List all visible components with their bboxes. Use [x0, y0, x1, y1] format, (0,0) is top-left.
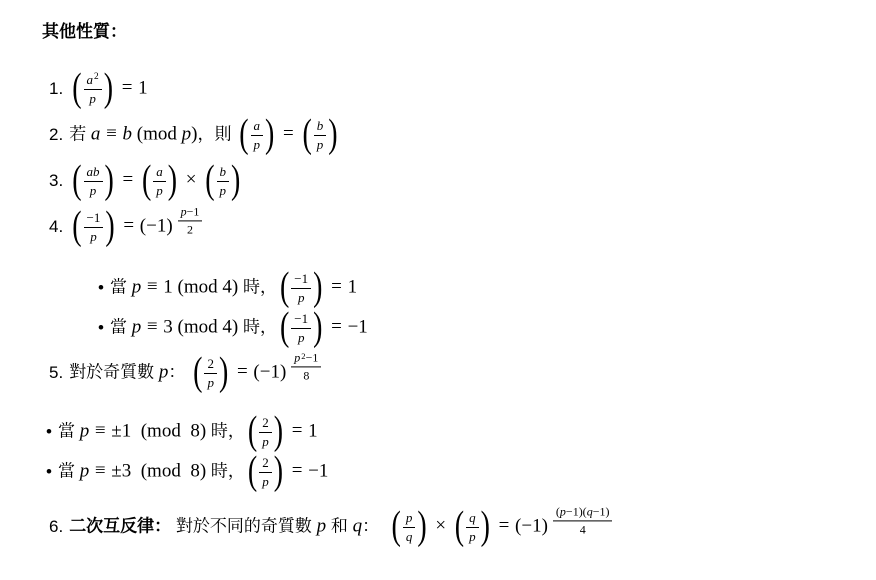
left-paren-icon: ( — [279, 266, 290, 310]
math-roman: 1 — [348, 276, 358, 297]
superscript: (p−1)(q−1)4 — [550, 505, 616, 537]
math-roman: −1 — [306, 351, 319, 365]
math-text: 對於不同的奇質數 — [171, 516, 316, 535]
fraction-stack: −1p — [291, 271, 311, 305]
math-roman: 2 — [187, 222, 193, 236]
document-page: 其他性質： 1. (a2p)=1 2. 若 a≡b (mod p)，則 (ap)… — [0, 0, 876, 580]
fraction-stack: p2−18 — [291, 351, 321, 383]
math-variable: p — [80, 420, 90, 441]
math-roman: 4 — [580, 522, 586, 536]
math-variable: b — [220, 164, 227, 179]
left-paren-icon: ( — [204, 159, 215, 203]
math-roman: −1) — [593, 505, 610, 519]
left-paren-icon: ( — [301, 113, 312, 157]
right-paren-icon: ) — [416, 505, 427, 549]
math-variable: p — [207, 375, 214, 390]
fraction: (p−1)(q−1)4 — [552, 505, 614, 537]
math-roman: (mod — [132, 123, 182, 144]
math-operator: = — [123, 169, 134, 190]
math-text: 對於奇質數 — [69, 362, 159, 381]
math-variable: p — [262, 434, 269, 449]
right-paren-icon: ) — [230, 159, 241, 203]
right-paren-icon: ) — [312, 266, 323, 310]
math-text: ，則 — [197, 124, 236, 143]
math-text: ： — [168, 362, 190, 381]
formula-mod8-case1: 當 p≡±1 (mod 8) 時，(2p)=1 — [58, 415, 318, 449]
math-operator: ≡ — [147, 276, 158, 297]
math-roman: 1 — [163, 276, 173, 297]
fraction-numerator: b — [217, 164, 230, 182]
right-paren-icon: ) — [104, 205, 115, 249]
math-variable: q — [469, 510, 476, 525]
fraction: p2−18 — [290, 351, 322, 383]
math-text: 時， — [211, 421, 245, 440]
right-paren-icon: ) — [218, 351, 229, 395]
math-roman: −1)( — [566, 505, 587, 519]
math-variable: p — [132, 276, 142, 297]
fraction-numerator: b — [314, 118, 327, 136]
right-paren-icon: ) — [103, 67, 114, 111]
math-roman: 2 — [301, 351, 305, 361]
fraction: p−12 — [177, 205, 204, 237]
fraction-denominator: p — [262, 433, 269, 450]
fraction-numerator: p2−1 — [291, 351, 321, 367]
math-operator: × — [186, 169, 197, 190]
superscript: p2−18 — [288, 351, 324, 383]
left-paren-icon: ( — [141, 159, 152, 203]
fraction-stack: ap — [153, 164, 166, 198]
fraction-denominator: p — [207, 374, 214, 391]
legendre-symbol: (bp) — [204, 164, 241, 198]
fraction-stack: qp — [466, 510, 479, 544]
bullet-icon: • — [46, 422, 52, 442]
fraction-numerator: ab — [84, 164, 103, 182]
page-title: 其他性質： — [42, 22, 860, 42]
math-roman: 8 — [303, 368, 309, 382]
left-paren-icon: ( — [71, 67, 82, 111]
fraction-stack: 2p — [259, 415, 272, 449]
math-variable: ab — [87, 164, 100, 179]
fraction-stack: 2p — [259, 455, 272, 489]
math-variable: a — [254, 118, 261, 133]
math-variable: p — [469, 529, 476, 544]
formula-minus-one-rule: (−1p)=(−1)p−12 — [69, 210, 205, 244]
math-variable: b — [123, 123, 133, 144]
superscript: 2 — [94, 73, 99, 84]
math-variable: p — [294, 351, 300, 365]
formula-legendre-square: (a2p)=1 — [69, 72, 147, 106]
math-roman: (mod 8) — [131, 420, 211, 441]
math-roman: 2 — [262, 415, 269, 430]
list-marker: 4. — [49, 217, 63, 237]
fraction-denominator: 2 — [187, 221, 193, 236]
math-variable: p — [317, 515, 327, 536]
formula-mod4-case1: 當 p≡1 (mod 4) 時，(−1p)=1 — [110, 271, 357, 305]
math-variable: p — [298, 290, 305, 305]
math-variable: b — [317, 118, 324, 133]
right-paren-icon: ) — [104, 159, 115, 203]
left-paren-icon: ( — [71, 205, 82, 249]
legendre-symbol: (2p) — [247, 415, 284, 449]
math-operator: ≡ — [147, 316, 158, 337]
math-operator: = — [292, 460, 303, 481]
math-text: 當 — [58, 421, 80, 440]
fraction-stack: 2p — [204, 356, 217, 390]
math-text: 時， — [243, 277, 277, 296]
bullet-item-mod8-1: • 當 p≡±1 (mod 8) 時，(2p)=1 — [42, 412, 860, 452]
math-variable: a — [156, 164, 163, 179]
fraction-denominator: p — [254, 136, 261, 153]
fraction-numerator: p — [403, 510, 416, 528]
list-marker: 3. — [49, 171, 63, 191]
list-item-5: 5. 對於奇質數 p： (2p)=(−1)p2−18 — [42, 350, 860, 396]
fraction-numerator: a — [251, 118, 264, 136]
math-text: ： — [362, 516, 388, 535]
fraction-numerator: 2 — [259, 455, 272, 473]
math-operator: = — [499, 515, 510, 536]
math-text: 當 — [110, 277, 132, 296]
legendre-symbol: (−1p) — [279, 271, 324, 305]
legendre-symbol: (a2p) — [71, 72, 114, 106]
math-operator: = — [123, 215, 134, 236]
math-roman: 3 — [163, 316, 173, 337]
legendre-symbol: (−1p) — [279, 311, 324, 345]
fraction-stack: a2p — [84, 72, 102, 106]
fraction-stack: (p−1)(q−1)4 — [553, 505, 613, 537]
legendre-symbol: (abp) — [71, 164, 115, 198]
math-variable: p — [298, 330, 305, 345]
math-roman: ±1 — [111, 420, 131, 441]
math-operator: = — [331, 316, 342, 337]
math-variable: q — [406, 529, 413, 544]
left-paren-icon: ( — [247, 410, 258, 454]
fraction-denominator: p — [156, 182, 163, 199]
fraction-denominator: p — [262, 473, 269, 490]
bullet-icon: • — [98, 318, 104, 338]
math-variable: p — [262, 474, 269, 489]
fraction-denominator: 4 — [580, 521, 586, 536]
math-variable: p — [182, 123, 192, 144]
right-paren-icon: ) — [273, 410, 284, 454]
math-variable: p — [89, 91, 96, 106]
formula-congruence-rule: 若 a≡b (mod p)，則 (ap)=(bp) — [69, 118, 340, 152]
math-operator: × — [435, 515, 446, 536]
fraction-numerator: a2 — [84, 72, 102, 90]
superscript: p−12 — [175, 205, 206, 237]
left-paren-icon: ( — [71, 159, 82, 203]
formula-mod8-case3: 當 p≡±3 (mod 8) 時，(2p)=−1 — [58, 455, 328, 489]
math-roman: −1 — [308, 460, 328, 481]
math-operator: = — [237, 361, 248, 382]
list-marker: 5. — [49, 363, 63, 383]
list-item-4: 4. (−1p)=(−1)p−12 — [42, 204, 860, 250]
legendre-symbol: (bp) — [301, 118, 338, 152]
formula-two-rule: 對於奇質數 p： (2p)=(−1)p2−18 — [69, 356, 324, 390]
fraction-numerator: −1 — [291, 311, 311, 329]
fraction-numerator: 2 — [259, 415, 272, 433]
math-variable: a — [91, 123, 101, 144]
left-paren-icon: ( — [192, 351, 203, 395]
math-operator: = — [122, 77, 133, 98]
bullet-icon: • — [98, 278, 104, 298]
math-operator: = — [283, 123, 294, 144]
fraction-numerator: 2 — [204, 356, 217, 374]
legendre-symbol: (pq) — [391, 510, 428, 544]
fraction-denominator: 8 — [303, 367, 309, 382]
math-variable: a — [87, 72, 94, 87]
bullet-item-mod8-3: • 當 p≡±3 (mod 8) 時，(2p)=−1 — [42, 452, 860, 492]
fraction-numerator: p−1 — [178, 205, 203, 221]
fraction-denominator: q — [406, 528, 413, 545]
math-variable: p — [254, 137, 261, 152]
math-roman: −1 — [187, 205, 200, 219]
bullet-icon: • — [46, 462, 52, 482]
fraction-stack: abp — [84, 164, 103, 198]
math-variable: p — [132, 316, 142, 337]
formula-quadratic-reciprocity: 二次互反律： 對於不同的奇質數 p 和 q： (pq)×(qp)=(−1)(p−… — [69, 510, 615, 544]
math-roman: 2 — [207, 356, 214, 371]
fraction-stack: p−12 — [178, 205, 203, 237]
math-roman: ±3 — [111, 460, 131, 481]
left-paren-icon: ( — [279, 306, 290, 350]
math-text: 當 — [110, 317, 132, 336]
math-variable: p — [159, 361, 169, 382]
right-paren-icon: ) — [264, 113, 275, 157]
superscript: 2 — [301, 351, 305, 361]
list-item-6: 6. 二次互反律： 對於不同的奇質數 p 和 q： (pq)×(qp)=(−1)… — [42, 502, 860, 552]
list-marker: 1. — [49, 79, 63, 99]
list-item-2: 2. 若 a≡b (mod p)，則 (ap)=(bp) — [42, 112, 860, 158]
math-text: 當 — [58, 461, 80, 480]
fraction-stack: −1p — [291, 311, 311, 345]
list-marker: 2. — [49, 125, 63, 145]
right-paren-icon: ) — [312, 306, 323, 350]
left-paren-icon: ( — [238, 113, 249, 157]
right-paren-icon: ) — [273, 450, 284, 494]
math-roman: (mod 4) — [173, 316, 243, 337]
right-paren-icon: ) — [167, 159, 178, 203]
fraction-denominator: p — [298, 289, 305, 306]
math-variable: q — [353, 515, 363, 536]
legendre-symbol: (qp) — [454, 510, 491, 544]
fraction-denominator: p — [89, 90, 96, 107]
math-roman: (−1) — [515, 515, 548, 536]
fraction-denominator: p — [90, 228, 97, 245]
math-text: 時， — [211, 461, 245, 480]
left-paren-icon: ( — [454, 505, 465, 549]
math-roman: (−1) — [140, 215, 173, 236]
bullet-item-mod4-3: • 當 p≡3 (mod 4) 時，(−1p)=−1 — [42, 308, 860, 348]
formula-mod4-case3: 當 p≡3 (mod 4) 時，(−1p)=−1 — [110, 311, 368, 345]
math-roman: (mod 8) — [131, 460, 211, 481]
math-roman: −1 — [348, 316, 368, 337]
legendre-symbol: (2p) — [192, 356, 229, 390]
math-operator: = — [331, 276, 342, 297]
fraction-numerator: (p−1)(q−1) — [553, 505, 613, 521]
math-operator: ≡ — [95, 460, 106, 481]
formula-multiplicative-rule: (abp)=(ap)×(bp) — [69, 164, 243, 198]
fraction-denominator: p — [298, 329, 305, 346]
math-roman: 1 — [138, 77, 148, 98]
math-text: 時， — [243, 317, 277, 336]
math-text: 若 — [69, 124, 91, 143]
math-text: 和 — [326, 516, 352, 535]
math-variable: p — [156, 183, 163, 198]
fraction-stack: pq — [403, 510, 416, 544]
math-variable: p — [406, 510, 413, 525]
legendre-symbol: (2p) — [247, 455, 284, 489]
fraction-numerator: −1 — [84, 210, 104, 228]
math-operator: ≡ — [106, 123, 117, 144]
bullet-item-mod4-1: • 當 p≡1 (mod 4) 時，(−1p)=1 — [42, 268, 860, 308]
fraction-stack: bp — [217, 164, 230, 198]
right-paren-icon: ) — [480, 505, 491, 549]
fraction-denominator: p — [317, 136, 324, 153]
math-text-bold: 二次互反律： — [69, 516, 171, 535]
left-paren-icon: ( — [247, 450, 258, 494]
fraction-numerator: −1 — [291, 271, 311, 289]
math-roman: (−1) — [253, 361, 286, 382]
fraction-numerator: q — [466, 510, 479, 528]
math-roman: −1 — [87, 210, 101, 225]
math-operator: ≡ — [95, 420, 106, 441]
fraction-stack: −1p — [84, 210, 104, 244]
fraction-denominator: p — [220, 182, 227, 199]
fraction-stack: ap — [251, 118, 264, 152]
math-operator: = — [292, 420, 303, 441]
math-variable: p — [220, 183, 227, 198]
list-item-3: 3. (abp)=(ap)×(bp) — [42, 158, 860, 204]
list-marker: 6. — [49, 517, 63, 537]
fraction-denominator: p — [90, 182, 97, 199]
fraction-numerator: a — [153, 164, 166, 182]
list-item-1: 1. (a2p)=1 — [42, 66, 860, 112]
math-roman: 1 — [308, 420, 318, 441]
math-roman: (mod 4) — [173, 276, 243, 297]
math-roman: 2 — [262, 455, 269, 470]
left-paren-icon: ( — [391, 505, 402, 549]
fraction-stack: bp — [314, 118, 327, 152]
math-variable: p — [90, 229, 97, 244]
legendre-symbol: (ap) — [141, 164, 178, 198]
math-roman: −1 — [294, 311, 308, 326]
legendre-symbol: (−1p) — [71, 210, 116, 244]
math-variable: p — [317, 137, 324, 152]
right-paren-icon: ) — [327, 113, 338, 157]
fraction-denominator: p — [469, 528, 476, 545]
legendre-symbol: (ap) — [238, 118, 275, 152]
math-roman: −1 — [294, 271, 308, 286]
math-variable: p — [90, 183, 97, 198]
math-variable: p — [80, 460, 90, 481]
math-roman: 2 — [94, 73, 99, 83]
